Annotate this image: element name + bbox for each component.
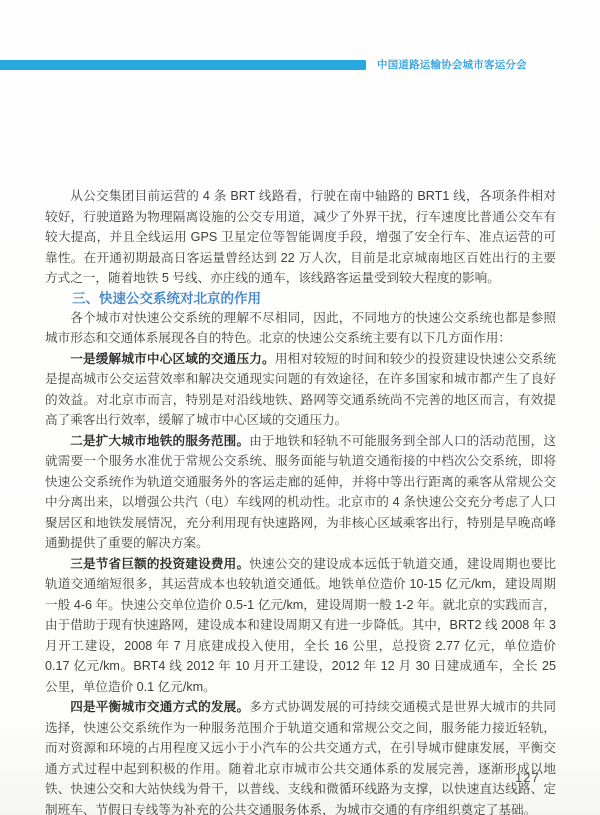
paragraph-point-4: 四是平衡城市交通方式的发展。多方式协调发展的可持续交通模式是世界大城市的共同选择… (45, 697, 556, 815)
paragraph-point-1: 一是缓解城市中心区域的交通压力。用相对较短的时间和较少的投资建设快速公交系统是提… (45, 349, 556, 431)
paragraph-brt-overview: 从公交集团目前运营的 4 条 BRT 线路看，行驶在南中轴路的 BRT1 线，各… (45, 186, 556, 289)
point-2-body: 由于地铁和轻轨不可能服务到全部人口的活动范围，这就需要一个服务水准优于常规公交系… (45, 434, 556, 551)
paragraph-point-2: 二是扩大城市地铁的服务范围。由于地铁和轻轨不可能服务到全部人口的活动范围，这就需… (45, 431, 556, 554)
point-4-body: 多方式协调发展的可持续交通模式是世界大城市的共同选择，快速公交系统作为一种服务范… (45, 700, 556, 815)
header-rule (0, 60, 366, 70)
point-2-lead: 二是扩大城市地铁的服务范围。 (70, 434, 249, 448)
header-org-name: 中国道路运输协会城市客运分会 (377, 59, 527, 71)
point-3-lead: 三是节省巨额的投资建设费用。 (70, 557, 249, 571)
paragraph-intro: 各个城市对快速公交系统的理解不尽相同，因此，不同地方的快速公交系统也都是参照城市… (45, 308, 556, 349)
point-1-lead: 一是缓解城市中心区域的交通压力。 (70, 352, 275, 366)
point-4-lead: 四是平衡城市交通方式的发展。 (70, 700, 249, 714)
page-body: 从公交集团目前运营的 4 条 BRT 线路看，行驶在南中轴路的 BRT1 线，各… (45, 186, 556, 815)
document-page: 中国道路运输协会城市客运分会 从公交集团目前运营的 4 条 BRT 线路看，行驶… (0, 0, 600, 815)
paragraph-point-3: 三是节省巨额的投资建设费用。快速公交的建设成本远低于轨道交通，建设周期也要比轨道… (45, 554, 556, 698)
page-number: 127 (515, 770, 540, 785)
section-heading: 三、快速公交系统对北京的作用 (45, 289, 556, 308)
point-3-body: 快速公交的建设成本远低于轨道交通，建设周期也要比轨道交通缩短很多，其运营成本也较… (45, 557, 556, 694)
